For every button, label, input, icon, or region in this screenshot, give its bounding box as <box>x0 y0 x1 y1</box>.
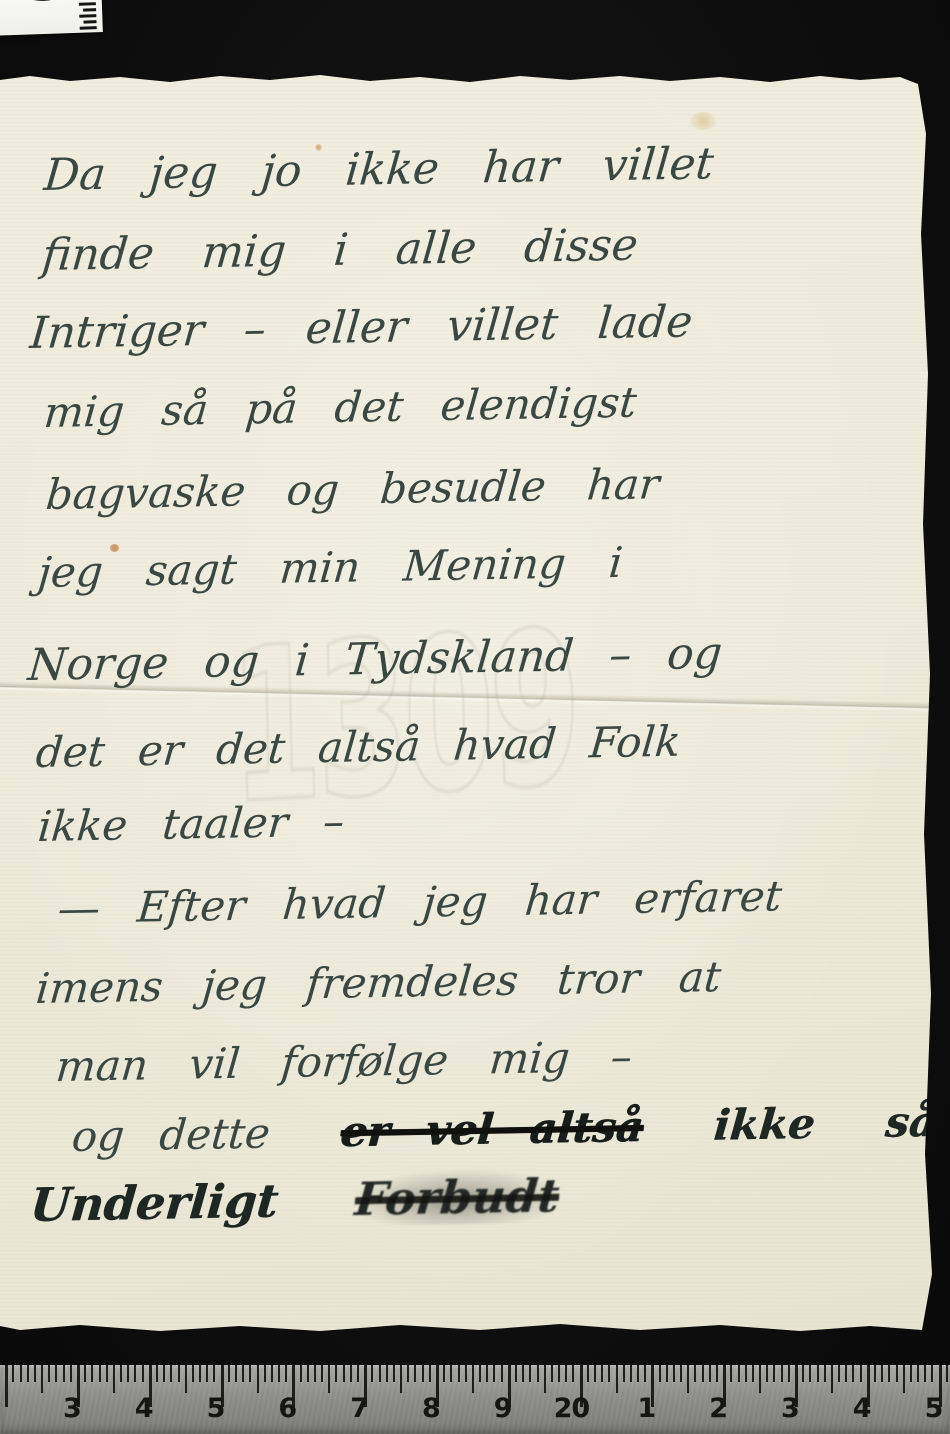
ruler-tick-mm <box>450 1365 452 1382</box>
ruler-tick-mm <box>781 1365 783 1382</box>
ruler-tick-mm <box>199 1365 201 1382</box>
ruler-tick-mm <box>271 1365 273 1382</box>
ruler-tick-mm <box>716 1365 718 1382</box>
ruler-tick-mm <box>931 1365 933 1382</box>
handwriting-segment: bagvaske og besudle har <box>44 459 662 519</box>
ruler-tick-mm <box>910 1365 912 1382</box>
ruler-tick-mm <box>874 1365 876 1382</box>
ruler-tick-mm <box>630 1365 632 1382</box>
ruler-tick-mm <box>565 1365 567 1382</box>
ruler-tick-mm <box>242 1365 244 1382</box>
handwriting-segment: imens jeg fremdeles tror at <box>34 952 723 1013</box>
ruler-tick-mm <box>235 1365 237 1382</box>
ruler-tick-mm <box>422 1365 424 1382</box>
ruler-tick-mm <box>335 1365 337 1382</box>
ruler-tick-mm <box>888 1365 890 1382</box>
handwriting-segment: finde mig i alle disse <box>40 220 640 281</box>
ruler-tick-mm <box>773 1365 775 1382</box>
ruler-tick-mm <box>192 1365 194 1382</box>
ruler-tick-mm <box>558 1365 560 1382</box>
ruler-number: 4 <box>853 1393 871 1424</box>
ruler-number: 7 <box>350 1393 368 1424</box>
ruler-tick-mm <box>666 1365 668 1382</box>
handwriting-segment-struck: er vel altså <box>339 1102 646 1156</box>
ruler-tick-mm <box>91 1365 93 1382</box>
handwriting-line: finde mig i alle disse <box>40 220 640 281</box>
ruler-tick-mm <box>156 1365 158 1382</box>
ruler-tick-mm <box>702 1365 704 1382</box>
handwriting-segment: og dette <box>70 1108 272 1161</box>
ruler-tick-mm <box>730 1365 732 1382</box>
ruler-tick-mm <box>896 1365 898 1382</box>
ruler-tick-mm <box>84 1365 86 1382</box>
ruler-tick-mm <box>134 1365 136 1382</box>
ruler-tick-mm <box>163 1365 165 1382</box>
ruler-tick-mm <box>817 1365 819 1382</box>
scale-card-tick <box>79 14 96 18</box>
ruler-tick-mm <box>659 1365 661 1382</box>
ruler-tick-mm <box>350 1365 352 1382</box>
ruler-tick-mm <box>601 1365 603 1382</box>
ruler-tick-mm <box>393 1365 395 1382</box>
ruler-tick-mm <box>343 1365 345 1382</box>
ruler-number: 20 <box>554 1393 590 1424</box>
handwriting-line: — Efter hvad jeg har erfaret <box>56 871 784 933</box>
ruler-tick-cm <box>5 1365 8 1407</box>
ruler-tick-mm <box>170 1365 172 1382</box>
letter-page: 1309 Da jeg jo ikke har villetfinde mig … <box>0 74 934 1336</box>
ruler-tick-mm <box>572 1365 574 1382</box>
scale-card-tick <box>79 2 96 6</box>
scanned-letter-photograph: 1309 Da jeg jo ikke har villetfinde mig … <box>0 0 950 1434</box>
ruler-tick-mm <box>34 1365 36 1382</box>
ruler-tick-mm <box>860 1365 862 1382</box>
ruler-tick-mm <box>501 1365 503 1382</box>
ruler-number: 5 <box>925 1393 943 1424</box>
ruler-tick-mm <box>27 1365 29 1382</box>
ruler-tick-mm <box>637 1365 639 1382</box>
ruler-tick-mm <box>694 1365 696 1382</box>
ruler-tick-mm <box>142 1365 144 1382</box>
ruler-tick-mm <box>537 1365 539 1382</box>
ruler-tick-mm <box>809 1365 811 1382</box>
ruler-tick-mm <box>881 1365 883 1382</box>
ruler-tick-mm <box>99 1365 101 1382</box>
ruler-tick-mm <box>321 1365 323 1382</box>
ruler-tick-half <box>759 1365 761 1393</box>
ruler-tick-mm <box>206 1365 208 1382</box>
ruler-tick-mm <box>414 1365 416 1382</box>
ruler-tick-mm <box>917 1365 919 1382</box>
ruler-tick-mm <box>486 1365 488 1382</box>
handwriting-line: imens jeg fremdeles tror at <box>34 952 723 1013</box>
handwriting-line: man vil forfølge mig – <box>54 1032 634 1091</box>
ruler-tick-mm <box>63 1365 65 1382</box>
ruler-tick-mm <box>429 1365 431 1382</box>
handwriting-segment: mig så på det elendigst <box>42 378 639 437</box>
ruler-tick-mm <box>802 1365 804 1382</box>
ruler-tick-mm <box>608 1365 610 1382</box>
ruler-tick-mm <box>479 1365 481 1382</box>
ruler-tick-mm <box>788 1365 790 1382</box>
ruler-tick-half <box>687 1365 689 1393</box>
handwriting-segment-heavy: ikke <box>712 1099 817 1150</box>
ruler-tick-half <box>616 1365 618 1393</box>
handwriting-segment: jeg sagt min Mening i <box>36 538 625 597</box>
ruler-tick-mm <box>465 1365 467 1382</box>
ruler-tick-half <box>328 1365 330 1393</box>
ruler-tick-mm <box>838 1365 840 1382</box>
ruler-tick-mm <box>48 1365 50 1382</box>
ruler-tick-mm <box>285 1365 287 1382</box>
ruler-tick-mm <box>852 1365 854 1382</box>
ruler-tick-mm <box>12 1365 14 1382</box>
handwriting-segment: man vil forfølge mig – <box>54 1032 634 1091</box>
ruler-tick-mm <box>379 1365 381 1382</box>
ruler-tick-mm <box>673 1365 675 1382</box>
handwriting-segment: Norge og i Tydskland – og <box>26 628 724 691</box>
scale-card-tick <box>83 8 96 11</box>
ruler-tick-mm <box>493 1365 495 1382</box>
ruler-tick-mm <box>213 1365 215 1382</box>
ruler-tick-mm <box>946 1365 948 1382</box>
handwriting-segment: Da jeg jo ikke har villet <box>42 138 716 201</box>
handwriting-segment-scribbled: Forbudt <box>353 1169 562 1227</box>
ruler-tick-mm <box>752 1365 754 1382</box>
ruler-tick-mm <box>178 1365 180 1382</box>
ruler-tick-mm <box>386 1365 388 1382</box>
handwriting-line: Intriger – eller villet lade <box>28 296 695 359</box>
ruler-tick-mm <box>314 1365 316 1382</box>
ruler-tick-mm <box>824 1365 826 1382</box>
ruler-tick-half <box>113 1365 115 1393</box>
ruler-tick-mm <box>515 1365 517 1382</box>
ruler-number: 1 <box>637 1393 655 1424</box>
ruler-tick-half <box>400 1365 402 1393</box>
ruler-tick-half <box>472 1365 474 1393</box>
ruler-tick-mm <box>587 1365 589 1382</box>
ruler-number: 4 <box>135 1393 153 1424</box>
ruler-number: 8 <box>422 1393 440 1424</box>
scale-card-ruler-ticks <box>78 0 97 30</box>
ruler-tick-mm <box>644 1365 646 1382</box>
ruler-tick-mm <box>745 1365 747 1382</box>
ruler-number: 3 <box>63 1393 81 1424</box>
handwriting-line: det er det altså hvad Folk <box>34 717 683 777</box>
handwriting-line: bagvaske og besudle har <box>44 459 662 519</box>
ruler-number: 9 <box>494 1393 512 1424</box>
handwriting-line: Underligt Forbudt <box>28 1169 562 1232</box>
ruler-number: 3 <box>781 1393 799 1424</box>
ruler-tick-half <box>257 1365 259 1393</box>
ruler-tick-mm <box>300 1365 302 1382</box>
ruler-tick-mm <box>106 1365 108 1382</box>
ruler-tick-mm <box>249 1365 251 1382</box>
ruler-tick-mm <box>357 1365 359 1382</box>
handwriting-line: mig så på det elendigst <box>42 378 639 437</box>
handwriting-segment: ikke taaler – <box>36 797 346 851</box>
ruler-tick-mm <box>307 1365 309 1382</box>
ruler-tick-mm <box>623 1365 625 1382</box>
ruler-tick-mm <box>20 1365 22 1382</box>
metal-ruler: 34567892012345 <box>0 1365 950 1434</box>
ruler-tick-mm <box>371 1365 373 1382</box>
handwritten-text-block: Da jeg jo ikke har villetfinde mig i all… <box>0 74 934 1336</box>
ruler-tick-mm <box>766 1365 768 1382</box>
handwriting-segment: — Efter hvad jeg har erfaret <box>56 871 784 933</box>
ruler-number: 2 <box>709 1393 727 1424</box>
ruler-tick-half <box>41 1365 43 1393</box>
photo-scale-card: 3 <box>0 0 103 36</box>
ruler-tick-mm <box>120 1365 122 1382</box>
handwriting-segment: Intriger – eller villet lade <box>28 296 695 359</box>
ruler-number: 6 <box>278 1393 296 1424</box>
ruler-tick-mm <box>845 1365 847 1382</box>
ruler-tick-mm <box>228 1365 230 1382</box>
ruler-tick-mm <box>458 1365 460 1382</box>
ruler-tick-mm <box>680 1365 682 1382</box>
ruler-tick-half <box>185 1365 187 1393</box>
scale-card-partial-digit: 3 <box>24 0 69 11</box>
ruler-tick-mm <box>278 1365 280 1382</box>
handwriting-line: Norge og i Tydskland – og <box>26 628 724 691</box>
ruler-tick-mm <box>55 1365 57 1382</box>
ruler-tick-mm <box>127 1365 129 1382</box>
scale-card-tick <box>83 20 96 23</box>
ruler-tick-half <box>903 1365 905 1393</box>
scale-card-tick <box>80 26 97 30</box>
ruler-tick-mm <box>924 1365 926 1382</box>
ruler-tick-mm <box>522 1365 524 1382</box>
handwriting-line: ikke taaler – <box>36 797 346 851</box>
ruler-tick-mm <box>738 1365 740 1382</box>
handwriting-segment: det er det altså hvad Folk <box>34 717 683 777</box>
ruler-tick-mm <box>407 1365 409 1382</box>
ruler-tick-mm <box>551 1365 553 1382</box>
ruler-tick-mm <box>264 1365 266 1382</box>
handwriting-line: og dette er vel altså ikke så <box>70 1097 939 1161</box>
ruler-number: 5 <box>207 1393 225 1424</box>
ruler-tick-half <box>831 1365 833 1393</box>
ruler-tick-mm <box>70 1365 72 1382</box>
handwriting-line: jeg sagt min Mening i <box>36 538 625 597</box>
handwriting-segment-heavy: Underligt <box>28 1174 280 1232</box>
ruler-tick-mm <box>529 1365 531 1382</box>
ruler-tick-mm <box>709 1365 711 1382</box>
ruler-tick-half <box>544 1365 546 1393</box>
ruler-tick-mm <box>443 1365 445 1382</box>
ruler-tick-mm <box>594 1365 596 1382</box>
handwriting-line: Da jeg jo ikke har villet <box>42 138 716 201</box>
